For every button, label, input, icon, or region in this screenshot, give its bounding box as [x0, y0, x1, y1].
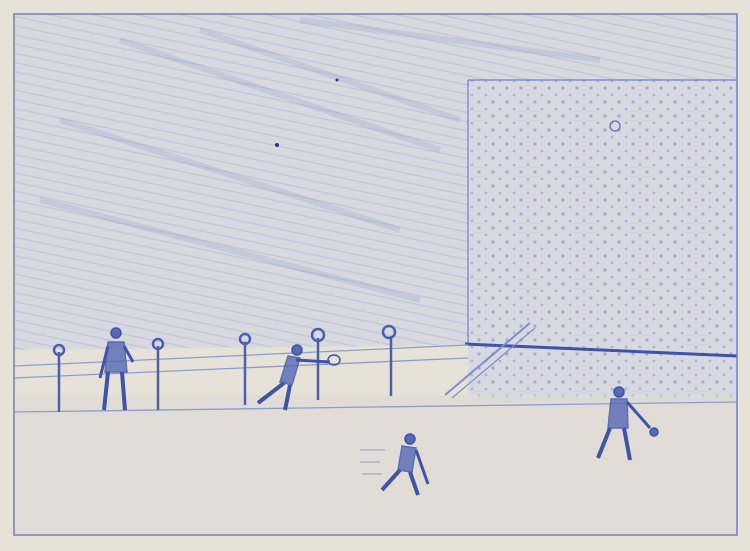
front-wall	[465, 80, 737, 402]
court-sketch	[0, 0, 750, 551]
court-floor	[14, 395, 737, 535]
